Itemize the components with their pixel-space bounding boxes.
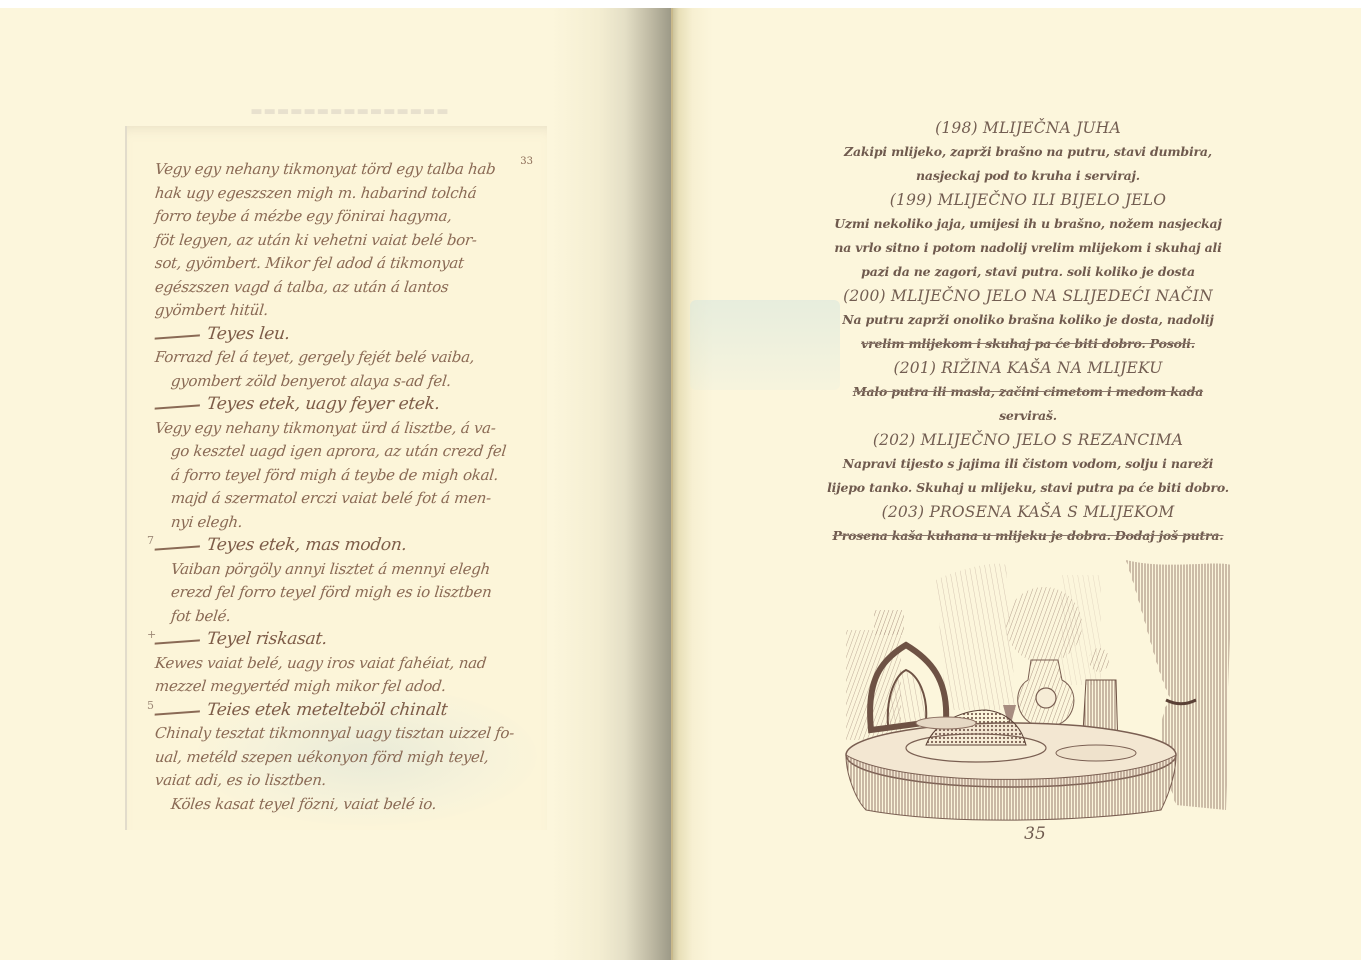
- recipe-202: (202) MLIJEČNO JELO S REZANCIMA Napravi …: [808, 428, 1248, 500]
- manuscript-line: á forro teyel förd migh á teybe de migh …: [154, 464, 536, 488]
- recipe-text: serviraš.: [808, 404, 1248, 428]
- recipe-text: nasjeckaj pod to kruha i serviraj.: [808, 164, 1248, 188]
- manuscript-line: Kewes vaiat belé, uagy iros vaiat fahéia…: [154, 652, 536, 676]
- manuscript-heading: Teyes etek, uagy feyer etek.: [154, 393, 536, 417]
- manuscript-line: fot belé.: [154, 605, 536, 629]
- top-edge: [0, 0, 1361, 8]
- manuscript-line: Forrazd fel á teyet, gergely fejét belé …: [154, 346, 536, 370]
- manuscript-facsimile: 33 Vegy egy nehany tikmonyat törd egy ta…: [125, 126, 547, 830]
- recipe-199: (199) MLIJEČNO ILI BIJELO JELO Uzmi neko…: [808, 188, 1248, 284]
- recipe-title: (198) MLIJEČNA JUHA: [808, 116, 1248, 140]
- manuscript-line: nyi elegh.: [154, 511, 536, 535]
- manuscript-line: vaiat adi, es io lisztben.: [154, 769, 536, 793]
- recipe-text: Napravi tijesto s jajima ili čistom vodo…: [808, 452, 1248, 476]
- manuscript-text: Vegy egy nehany tikmonyat törd egy talba…: [155, 158, 535, 816]
- dining-table-engraving: [826, 560, 1236, 822]
- manuscript-heading: Teyes leu.: [154, 323, 536, 347]
- manuscript-line: ual, metéld szepen uékonyon förd migh te…: [154, 746, 536, 770]
- manuscript-line: hak ugy egeszszen migh m. habarind tolch…: [154, 182, 536, 206]
- recipe-text: Zakipi mlijeko, zaprži brašno na putru, …: [808, 140, 1248, 164]
- manuscript-line: Vegy egy nehany tikmonyat ürd á lisztbe,…: [154, 417, 536, 441]
- page-number: 35: [1010, 824, 1060, 844]
- manuscript-line: Köles kasat teyel fözni, vaiat belé io.: [154, 793, 536, 817]
- recipe-text: Prosena kaša kuhana u mlijeku je dobra. …: [808, 524, 1248, 548]
- manuscript-line: majd á szermatol erczi vaiat belé fot á …: [154, 487, 536, 511]
- recipe-list: (198) MLIJEČNA JUHA Zakipi mlijeko, zapr…: [808, 116, 1248, 548]
- recipe-text: Malo putra ili masla, začini cimetom i m…: [808, 380, 1248, 404]
- recipe-201: (201) RIŽINA KAŠA NA MLIJEKU Malo putra …: [808, 356, 1248, 428]
- recipe-text: lijepo tanko. Skuhaj u mlijeku, stavi pu…: [808, 476, 1248, 500]
- recipe-text: pazi da ne zagori, stavi putra. soli kol…: [808, 260, 1248, 284]
- show-through-heading: ▬▬▬▬▬▬▬▬▬▬▬▬▬▬▬: [190, 104, 510, 119]
- manuscript-line: gyombert zöld benyerot alaya s-ad fel.: [154, 370, 536, 394]
- recipe-203: (203) PROSENA KAŠA S MLIJEKOM Prosena ka…: [808, 500, 1248, 548]
- margin-mark: 5: [147, 699, 154, 712]
- recipe-title: (200) MLIJEČNO JELO NA SLIJEDEĆI NAČIN: [808, 284, 1248, 308]
- margin-mark: 7: [147, 534, 154, 547]
- manuscript-line: forro teybe á mézbe egy fönirai hagyma,: [154, 205, 536, 229]
- recipe-title: (201) RIŽINA KAŠA NA MLIJEKU: [808, 356, 1248, 380]
- manuscript-line: Vegy egy nehany tikmonyat törd egy talba…: [154, 158, 536, 182]
- recipe-200: (200) MLIJEČNO JELO NA SLIJEDEĆI NAČIN N…: [808, 284, 1248, 356]
- recipe-text: vrelim mlijekom i skuhaj pa će biti dobr…: [808, 332, 1248, 356]
- manuscript-line: egészszen vagd á talba, az után á lantos: [154, 276, 536, 300]
- manuscript-line: mezzel megyertéd migh mikor fel adod.: [154, 675, 536, 699]
- manuscript-line: sot, gyömbert. Mikor fel adod á tikmonya…: [154, 252, 536, 276]
- manuscript-heading: Teies etek metelteböl chinalt: [154, 699, 536, 723]
- recipe-title: (199) MLIJEČNO ILI BIJELO JELO: [808, 188, 1248, 212]
- manuscript-line: gyömbert hitül.: [154, 299, 536, 323]
- recipe-title: (202) MLIJEČNO JELO S REZANCIMA: [808, 428, 1248, 452]
- recipe-text: Na putru zaprži onoliko brašna koliko je…: [808, 308, 1248, 332]
- book-gutter: [671, 8, 673, 960]
- manuscript-line: Vaiban pörgöly annyi lisztet á mennyi el…: [154, 558, 536, 582]
- recipe-text: na vrlo sitno i potom nadolij vrelim mli…: [808, 236, 1248, 260]
- recipe-text: Uzmi nekoliko jaja, umijesi ih u brašno,…: [808, 212, 1248, 236]
- manuscript-line: erezd fel forro teyel förd migh es io li…: [154, 581, 536, 605]
- manuscript-line: go kesztel uagd igen aprora, az után cre…: [154, 440, 536, 464]
- manuscript-heading: Teyes etek, mas modon.: [154, 534, 536, 558]
- manuscript-line: Chinaly tesztat tikmonnyal uagy tisztan …: [154, 722, 536, 746]
- recipe-198: (198) MLIJEČNA JUHA Zakipi mlijeko, zapr…: [808, 116, 1248, 188]
- manuscript-line: föt legyen, az után ki vehetni vaiat bel…: [154, 229, 536, 253]
- manuscript-heading: Teyel riskasat.: [154, 628, 536, 652]
- recipe-title: (203) PROSENA KAŠA S MLIJEKOM: [808, 500, 1248, 524]
